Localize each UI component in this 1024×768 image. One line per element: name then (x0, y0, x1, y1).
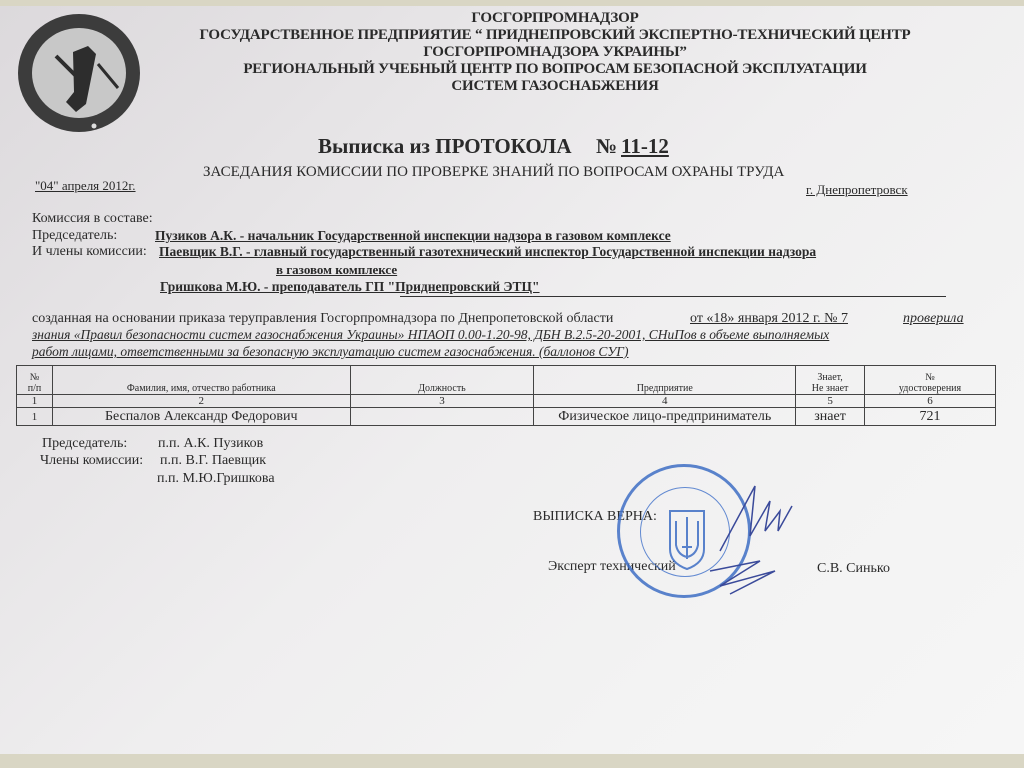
examination-results-table: №п/п Фамилия, имя, отчество работника До… (16, 365, 996, 426)
expert-name: С.В. Синько (817, 561, 890, 577)
table-row: 1 Беспалов Александр Федорович Физическо… (17, 408, 996, 426)
basis-order: от «18» января 2012 г. № 7 (690, 311, 848, 327)
cell-enterprise: Физическое лицо-предприниматель (534, 408, 796, 426)
basis-text: созданная на основании приказа теруправл… (32, 311, 613, 327)
protocol-number: 11-12 (621, 134, 669, 159)
commission-intro: Комиссия в составе: (32, 211, 153, 227)
col-number: 1 (17, 395, 53, 408)
expert-signature-icon (700, 476, 810, 596)
header-enterprise-cont: ГОСГОРПРОМНАДЗОРА УКРАИНЫ” (0, 44, 1024, 61)
member-2-name: Гришкова М.Ю. - преподаватель ГП "Придне… (160, 279, 540, 295)
cell-result: знает (796, 408, 865, 426)
protocol-date: "04" апреля 2012г. (35, 178, 136, 194)
col-number: 6 (865, 395, 996, 408)
sign-chair-label: Председатель: (42, 436, 127, 452)
cell-position (350, 408, 534, 426)
table-header-row: №п/п Фамилия, имя, отчество работника До… (17, 366, 996, 395)
col-header-full-name: Фамилия, имя, отчество работника (52, 366, 350, 395)
col-header-position: Должность (350, 366, 534, 395)
member-2-underline (400, 296, 946, 297)
sign-member-2: п.п. М.Ю.Гришкова (157, 471, 275, 487)
header-enterprise: ГОСУДАРСТВЕННОЕ ПРЕДПРИЯТИЕ “ ПРИДНЕПРОВ… (0, 27, 1024, 44)
cell-full-name: Беспалов Александр Федорович (52, 408, 350, 426)
header-training-center-cont: СИСТЕМ ГАЗОСНАБЖЕНИЯ (0, 78, 1024, 95)
document-page: ГОСГОРПРОМНАДЗОР ГОСУДАРСТВЕННОЕ ПРЕДПРИ… (0, 6, 1024, 754)
header-training-center: РЕГИОНАЛЬНЫЙ УЧЕБНЫЙ ЦЕНТР ПО ВОПРОСАМ Б… (0, 61, 1024, 78)
basis-rules: знания «Правил безопасности систем газос… (32, 327, 829, 343)
member-1-name: Паевщик В.Г. - главный государственный г… (159, 244, 816, 260)
table-column-number-row: 1 2 3 4 5 6 (17, 395, 996, 408)
col-header-enterprise: Предприятие (534, 366, 796, 395)
cell-number: 1 (17, 408, 53, 426)
cell-certificate: 721 (865, 408, 996, 426)
col-number: 3 (350, 395, 534, 408)
chair-name: Пузиков А.К. - начальник Государственной… (155, 228, 671, 244)
member-1-name-cont: в газовом комплексе (276, 262, 397, 278)
col-header-knows: Знает,Не знает (796, 366, 865, 395)
members-label: И члены комиссии: (32, 244, 147, 260)
col-number: 4 (534, 395, 796, 408)
protocol-city: г. Днепропетровск (806, 182, 908, 198)
col-number: 2 (52, 395, 350, 408)
sign-chair: п.п. А.К. Пузиков (158, 436, 263, 452)
basis-scope: работ лицами, ответственными за безопасн… (32, 344, 628, 360)
basis-verified: проверила (903, 311, 964, 327)
header-agency: ГОСГОРПРОМНАДЗОР (0, 10, 1024, 27)
sign-member-1: п.п. В.Г. Паевщик (160, 453, 266, 469)
col-number: 5 (796, 395, 865, 408)
document-subtitle: ЗАСЕДАНИЯ КОМИССИИ ПО ПРОВЕРКЕ ЗНАНИЙ ПО… (203, 164, 784, 181)
protocol-number-label: № (596, 134, 617, 159)
col-header-certificate: №удостоверения (865, 366, 996, 395)
col-header-number: №п/п (17, 366, 53, 395)
document-title: Выписка из ПРОТОКОЛА (318, 134, 572, 159)
sign-members-label: Члены комиссии: (40, 453, 143, 469)
chair-label: Председатель: (32, 228, 117, 244)
